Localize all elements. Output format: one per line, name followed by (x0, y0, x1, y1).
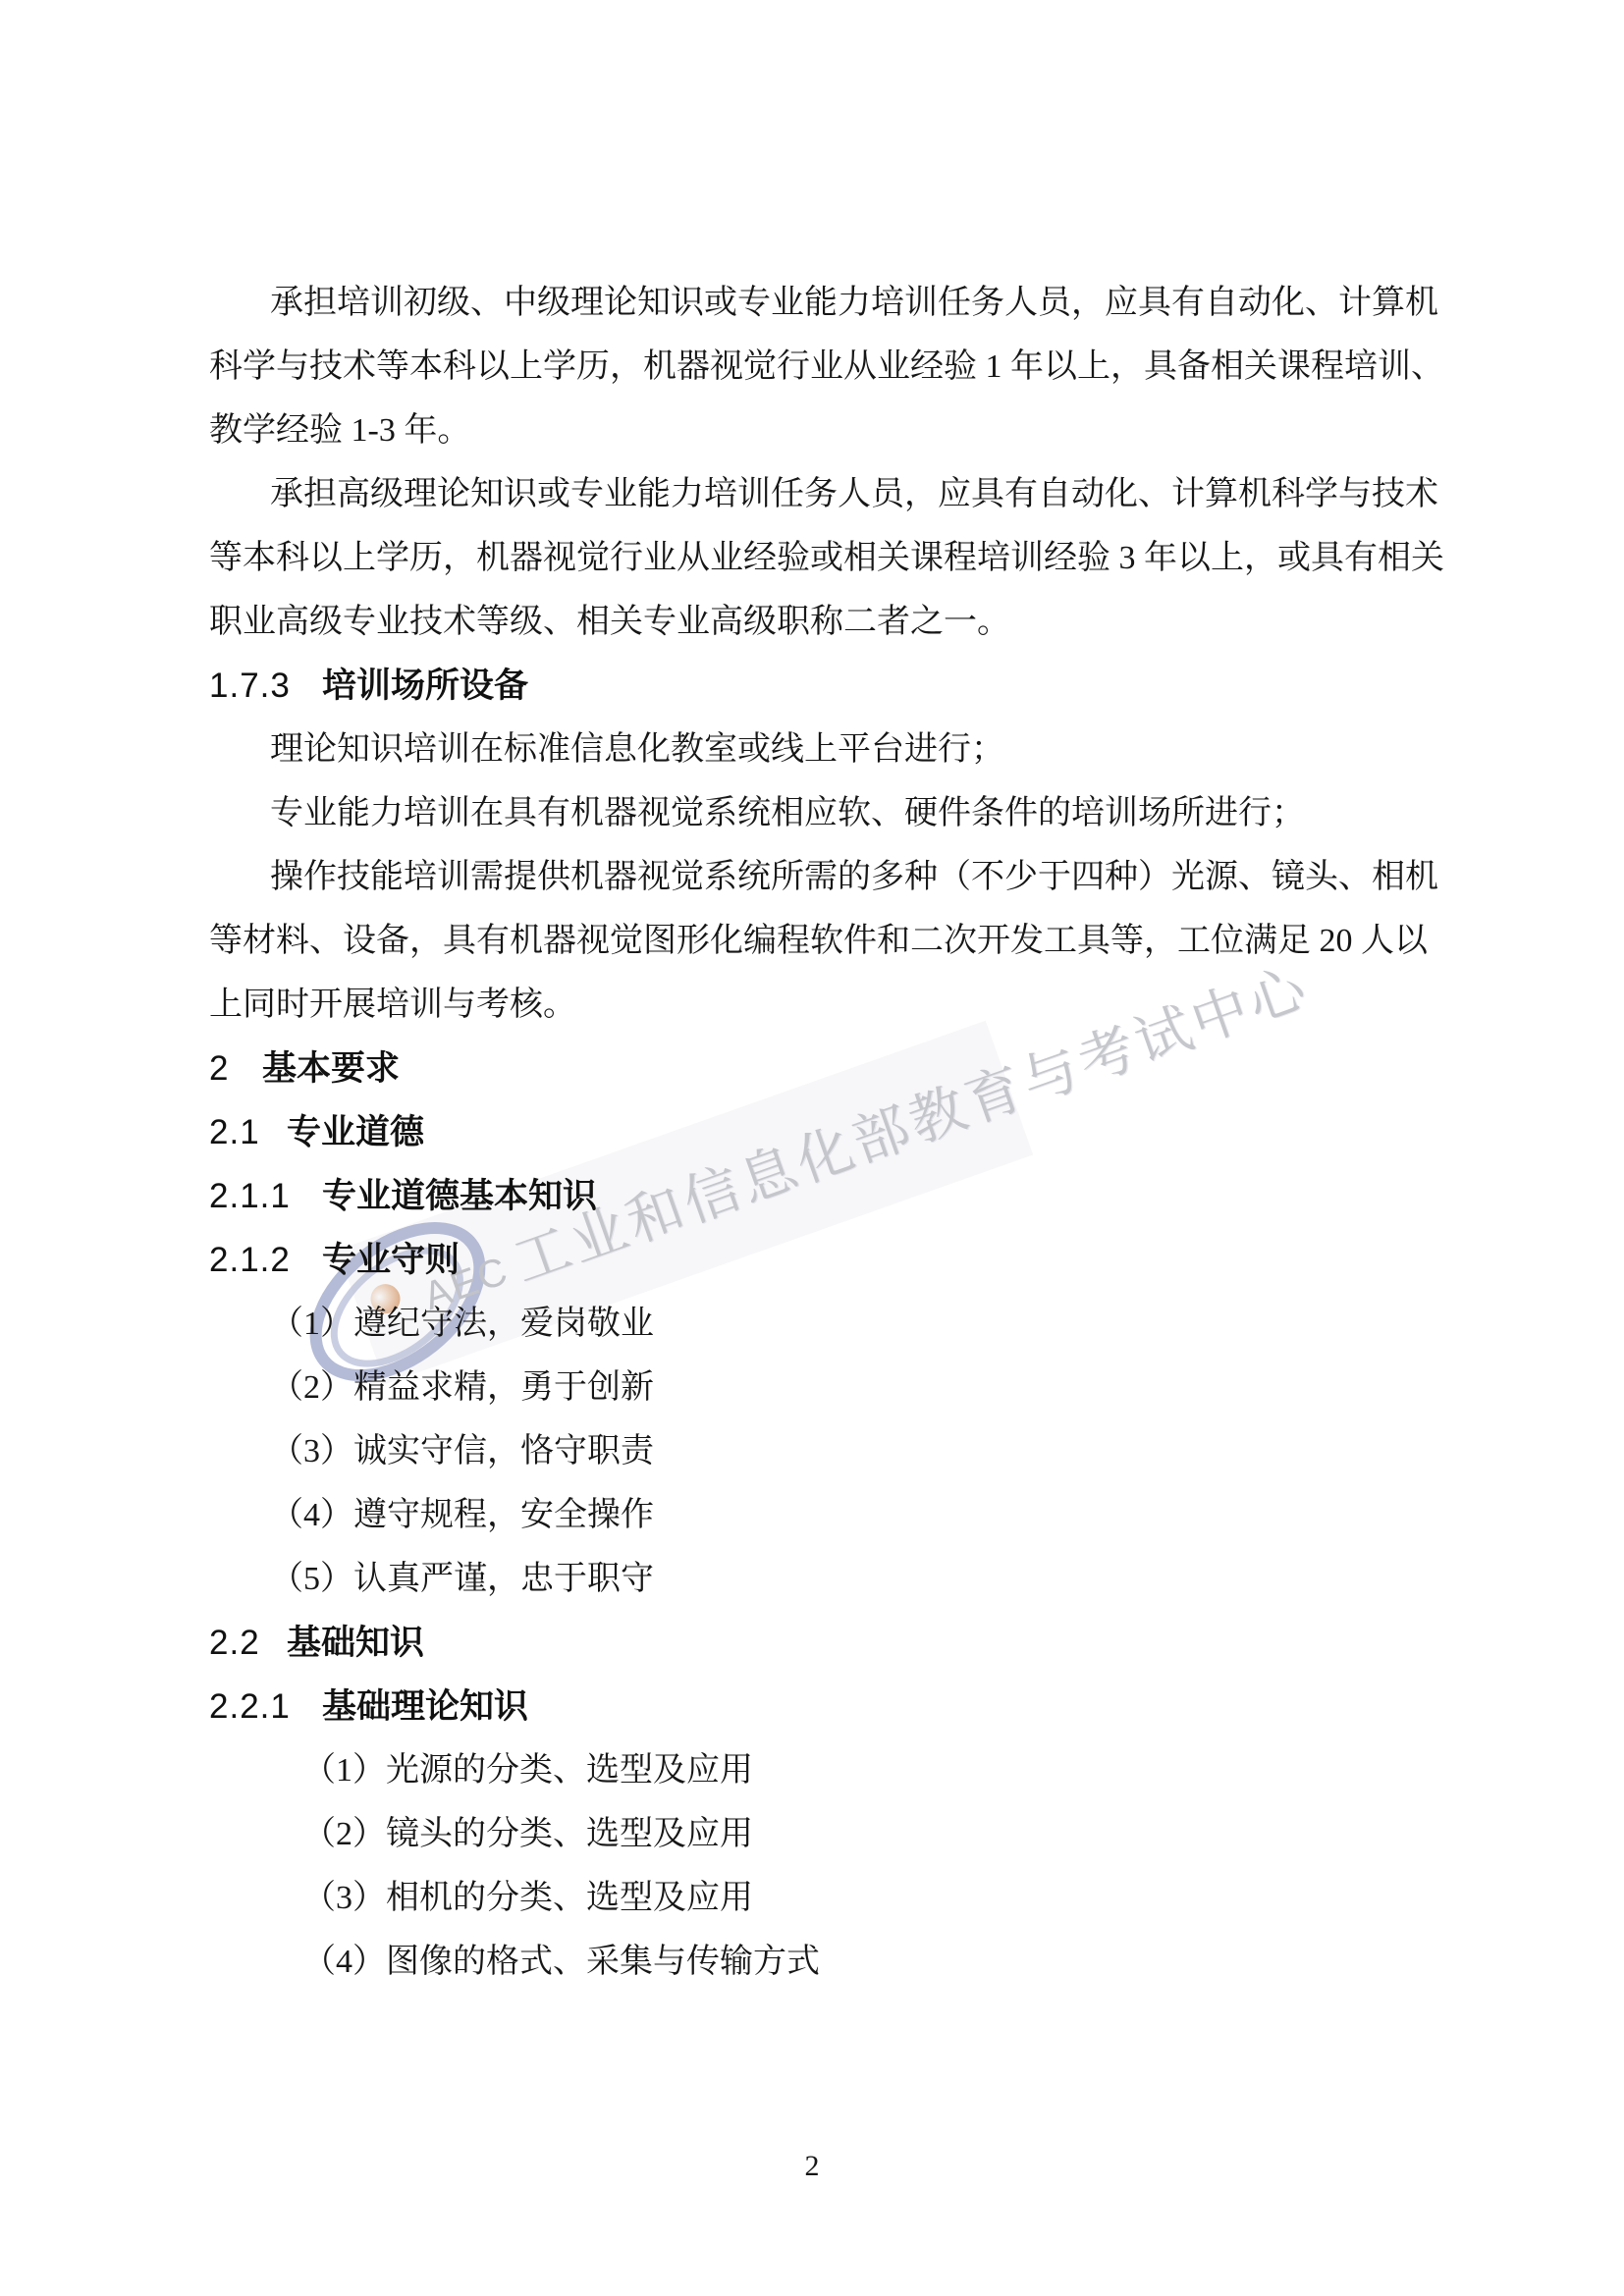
heading-number: 2.1.1 (209, 1164, 322, 1228)
text-line: 专业能力培训在具有机器视觉系统相应软、硬件条件的培训场所进行； (209, 781, 1434, 845)
text-line: （1）遵纪守法，爱岗敬业 (209, 1292, 1434, 1356)
page-number: 2 (0, 2150, 1624, 2183)
text-line: 操作技能培训需提供机器视觉系统所需的多种（不少于四种）光源、镜头、相机 (209, 845, 1434, 909)
text-line: 教学经验 1-3 年。 (209, 399, 1434, 462)
text-line: 承担高级理论知识或专业能力培训任务人员，应具有自动化、计算机科学与技术 (209, 462, 1434, 526)
heading-number: 2.2 (209, 1611, 287, 1675)
heading-number: 2.1.2 (209, 1228, 322, 1292)
heading-line: 1.7.3培训场所设备 (209, 654, 1434, 718)
heading-text: 基础知识 (287, 1624, 424, 1662)
text-line: （4）遵守规程，安全操作 (209, 1483, 1434, 1547)
heading-number: 1.7.3 (209, 654, 322, 718)
heading-line: 2.2基础知识 (209, 1611, 1434, 1675)
text-line: （2）精益求精，勇于创新 (209, 1356, 1434, 1419)
document-text: 承担培训初级、中级理论知识或专业能力培训任务人员，应具有自动化、计算机科学与技术… (209, 271, 1434, 1994)
heading-number: 2 (209, 1037, 262, 1100)
text-line: （5）认真严谨，忠于职守 (209, 1547, 1434, 1611)
heading-text: 培训场所设备 (322, 667, 528, 705)
heading-line: 2.1.2专业守则 (209, 1228, 1434, 1292)
text-line: （3）诚实守信，恪守职责 (209, 1419, 1434, 1483)
text-line: （3）相机的分类、选型及应用 (209, 1866, 1434, 1930)
heading-line: 2.1专业道德 (209, 1100, 1434, 1164)
text-line: 职业高级专业技术等级、相关专业高级职称二者之一。 (209, 590, 1434, 654)
heading-line: 2.1.1专业道德基本知识 (209, 1164, 1434, 1228)
text-line: （2）镜头的分类、选型及应用 (209, 1802, 1434, 1866)
text-line: 等材料、设备，具有机器视觉图形化编程软件和二次开发工具等，工位满足 20 人以 (209, 909, 1434, 973)
heading-line: 2.2.1基础理论知识 (209, 1675, 1434, 1738)
heading-text: 专业道德 (287, 1113, 424, 1151)
heading-line: 2基本要求 (209, 1037, 1434, 1100)
heading-text: 基本要求 (262, 1049, 400, 1088)
heading-text: 专业道德基本知识 (322, 1177, 597, 1215)
text-line: 等本科以上学历，机器视觉行业从业经验或相关课程培训经验 3 年以上，或具有相关 (209, 526, 1434, 590)
text-line: 上同时开展培训与考核。 (209, 973, 1434, 1037)
heading-text: 基础理论知识 (322, 1687, 528, 1726)
text-line: 承担培训初级、中级理论知识或专业能力培训任务人员，应具有自动化、计算机 (209, 271, 1434, 335)
text-line: 理论知识培训在标准信息化教室或线上平台进行； (209, 718, 1434, 781)
heading-number: 2.1 (209, 1100, 287, 1164)
text-line: （1）光源的分类、选型及应用 (209, 1738, 1434, 1802)
text-line: （4）图像的格式、采集与传输方式 (209, 1930, 1434, 1994)
document-page: AEC 工业和信息化部教育与考试中心 承担培训初级、中级理论知识或专业能力培训任… (0, 0, 1624, 2296)
text-line: 科学与技术等本科以上学历，机器视觉行业从业经验 1 年以上，具备相关课程培训、 (209, 335, 1434, 399)
heading-number: 2.2.1 (209, 1675, 322, 1738)
heading-text: 专业守则 (322, 1241, 460, 1279)
